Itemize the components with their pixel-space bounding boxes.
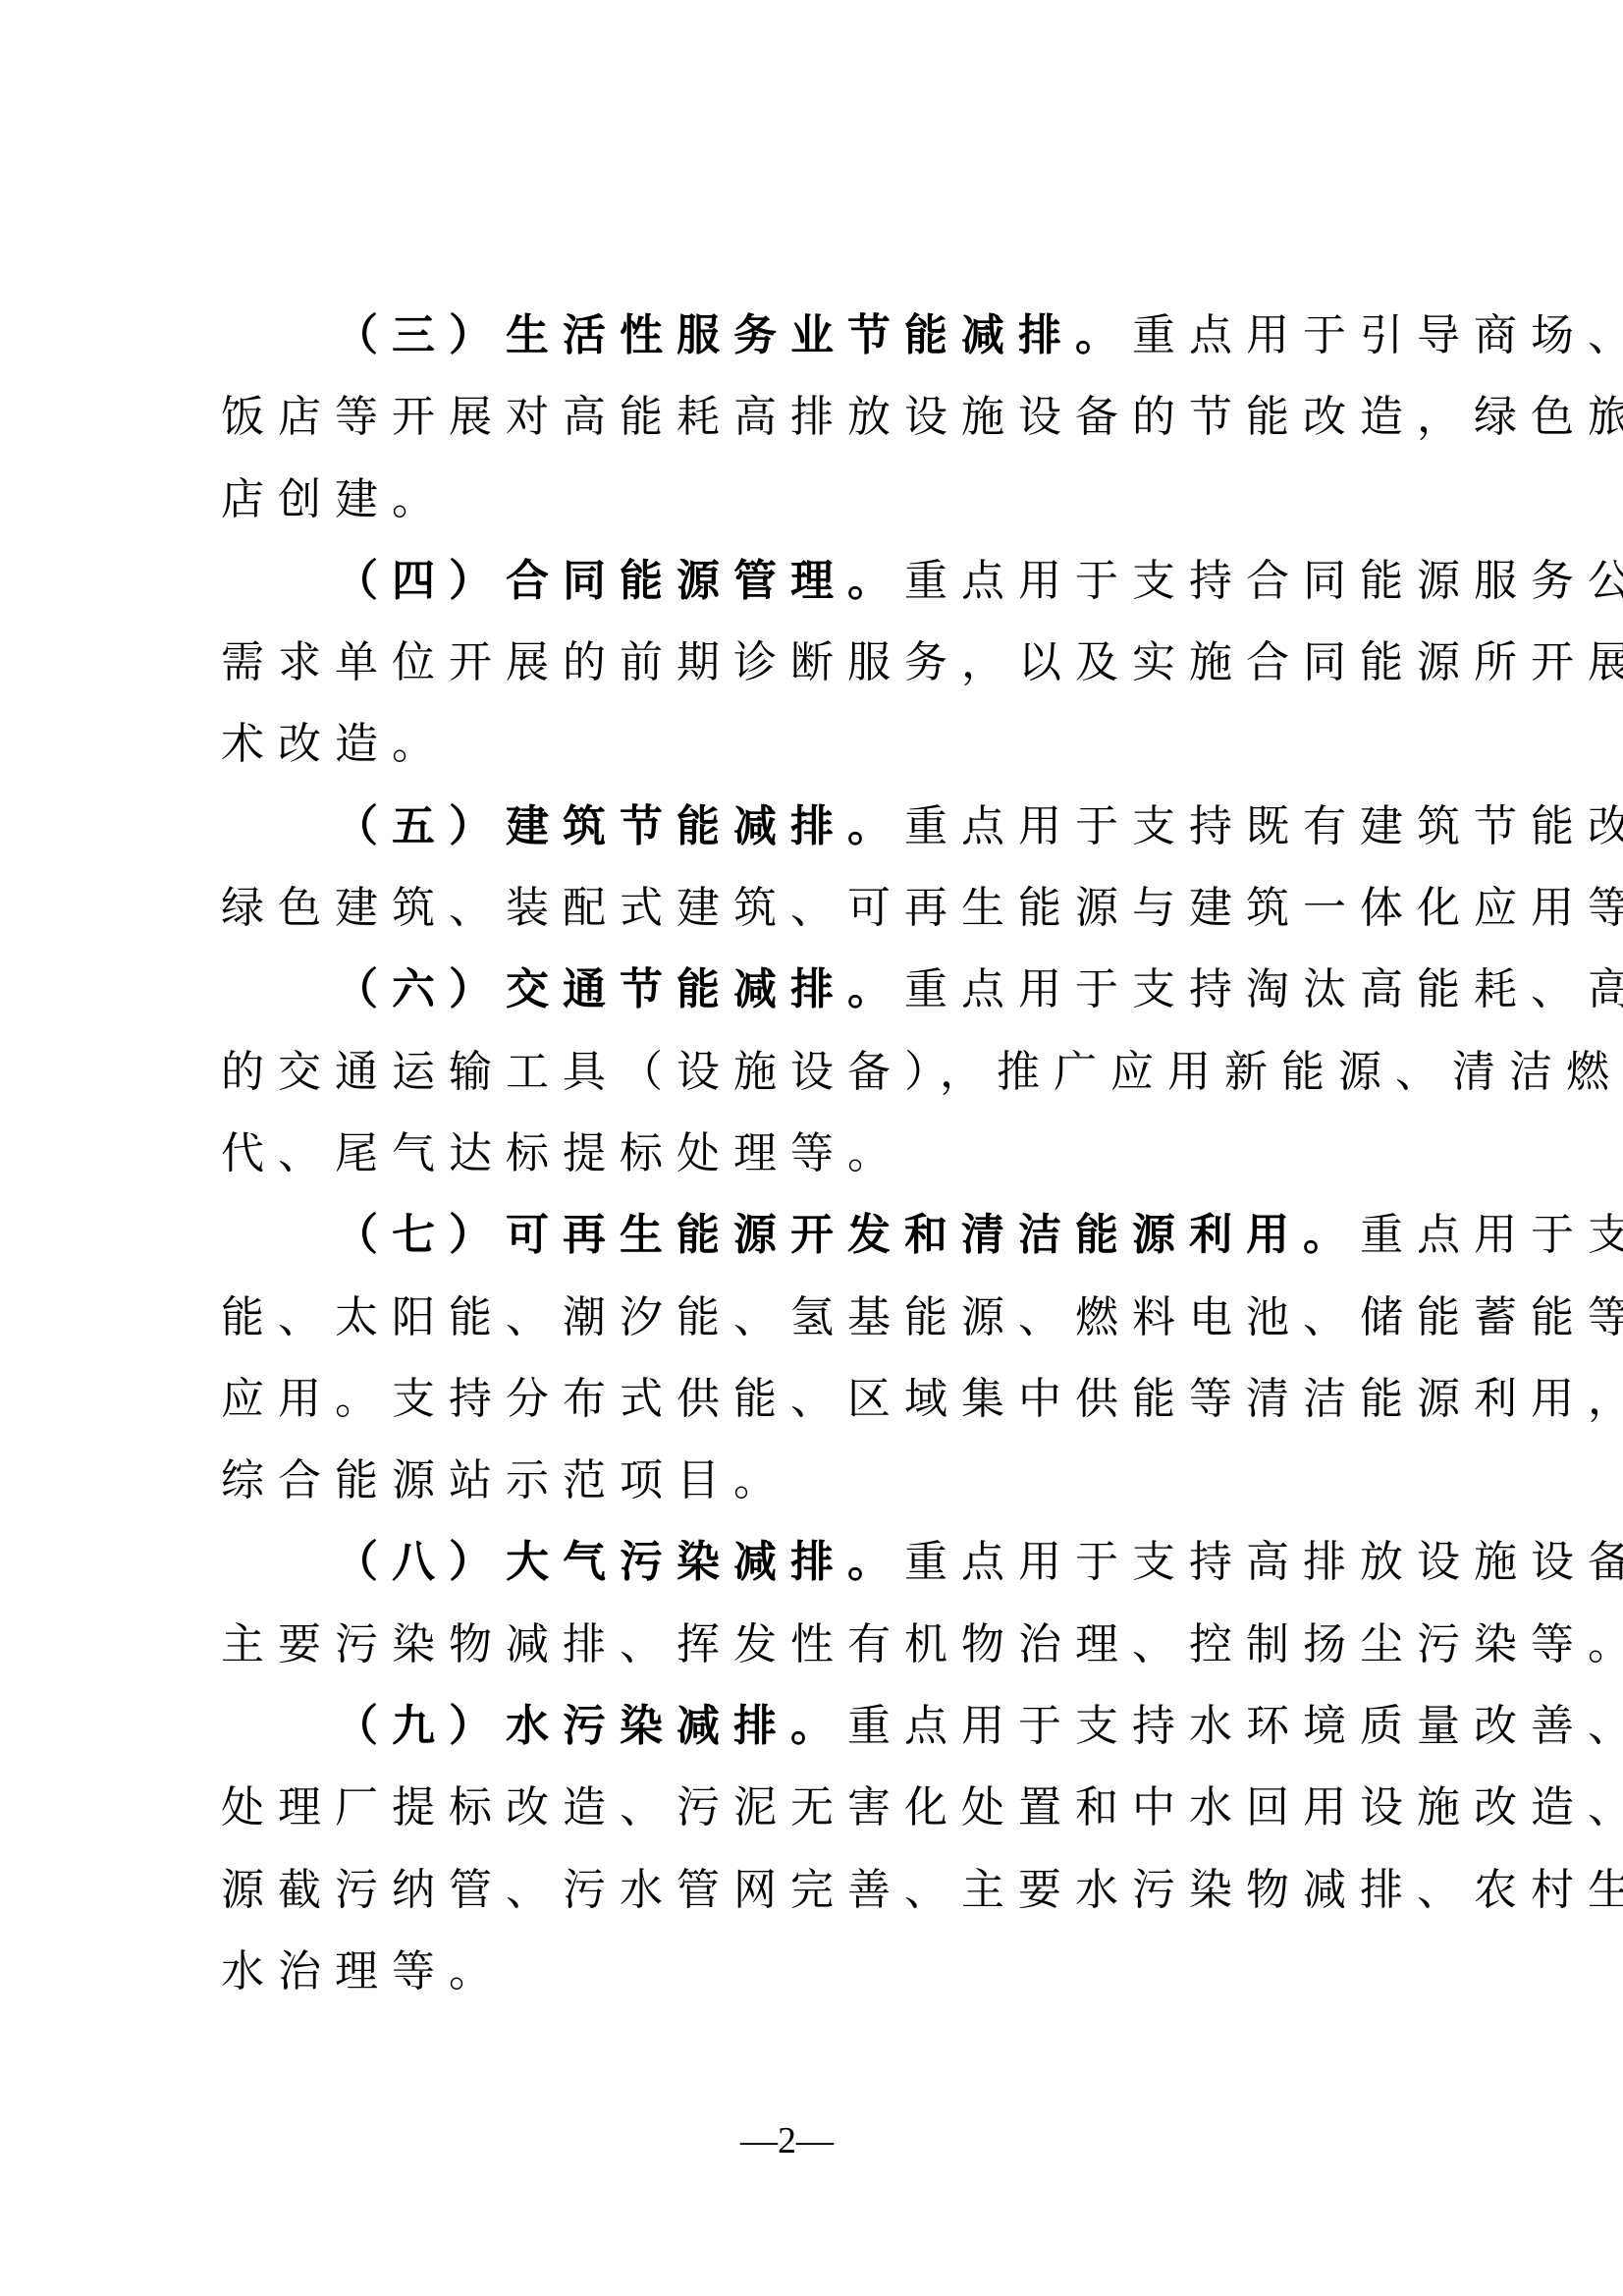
section-heading: （七）可再生能源开发和清洁能源利用。 — [335, 1210, 1360, 1260]
paragraph-line: 水治理等。 — [221, 1931, 1438, 2012]
section-air-pollution: （八）大气污染减排。重点用于支持高排放设施设备改造、 主要污染物减排、挥发性有机… — [221, 1521, 1438, 1685]
paragraph-line: 术改造。 — [221, 703, 1438, 785]
paragraph-line: 饭店等开展对高能耗高排放设施设备的节能改造，绿色旅游饭 — [221, 376, 1438, 458]
paragraph-text: 重点用于支持高排放设施设备改造、 — [904, 1537, 1623, 1587]
paragraph-line: 代、尾气达标提标处理等。 — [221, 1113, 1438, 1194]
paragraph-line: （五）建筑节能减排。重点用于支持既有建筑节能改造、 — [221, 786, 1438, 867]
section-heading: （六）交通节能减排。 — [335, 964, 904, 1014]
section-transport-energy: （六）交通节能减排。重点用于支持淘汰高能耗、高排放 的交通运输工具（设施设备），… — [221, 949, 1438, 1194]
document-page: （三）生活性服务业节能减排。重点用于引导商场、宾馆、 饭店等开展对高能耗高排放设… — [0, 0, 1623, 2296]
paragraph-line: （三）生活性服务业节能减排。重点用于引导商场、宾馆、 — [221, 295, 1438, 376]
paragraph-line: （七）可再生能源开发和清洁能源利用。重点用于支持风 — [221, 1194, 1438, 1276]
paragraph-line: （六）交通节能减排。重点用于支持淘汰高能耗、高排放 — [221, 949, 1438, 1030]
section-heading: （五）建筑节能减排。 — [335, 801, 904, 851]
paragraph-line: 处理厂提标改造、污泥无害化处置和中水回用设施改造、污染 — [221, 1767, 1438, 1848]
paragraph-line: 源截污纳管、污水管网完善、主要水污染物减排、农村生活污 — [221, 1849, 1438, 1931]
paragraph-line: （四）合同能源管理。重点用于支持合同能源服务公司为 — [221, 540, 1438, 622]
paragraph-text: 重点用于支持水环境质量改善、污水 — [847, 1701, 1623, 1751]
section-heading: （三）生活性服务业节能减排。 — [335, 310, 1132, 360]
paragraph-line: 需求单位开展的前期诊断服务，以及实施合同能源所开展的技 — [221, 622, 1438, 703]
body-text: （三）生活性服务业节能减排。重点用于引导商场、宾馆、 饭店等开展对高能耗高排放设… — [221, 295, 1438, 2012]
paragraph-line: 主要污染物减排、挥发性有机物治理、控制扬尘污染等。 — [221, 1604, 1438, 1685]
section-service-industry: （三）生活性服务业节能减排。重点用于引导商场、宾馆、 饭店等开展对高能耗高排放设… — [221, 295, 1438, 540]
section-renewable-energy: （七）可再生能源开发和清洁能源利用。重点用于支持风 能、太阳能、潮汐能、氢基能源… — [221, 1194, 1438, 1521]
section-heading: （四）合同能源管理。 — [335, 556, 904, 606]
paragraph-line: 的交通运输工具（设施设备），推广应用新能源、清洁燃料替 — [221, 1031, 1438, 1113]
paragraph-line: （九）水污染减排。重点用于支持水环境质量改善、污水 — [221, 1685, 1438, 1767]
paragraph-line: （八）大气污染减排。重点用于支持高排放设施设备改造、 — [221, 1521, 1438, 1603]
section-heading: （八）大气污染减排。 — [335, 1537, 904, 1587]
page-number: —2— — [0, 2117, 1574, 2164]
paragraph-line: 店创建。 — [221, 459, 1438, 540]
paragraph-line: 绿色建筑、装配式建筑、可再生能源与建筑一体化应用等。 — [221, 867, 1438, 949]
paragraph-text: 重点用于支持风 — [1360, 1210, 1623, 1260]
section-water-pollution: （九）水污染减排。重点用于支持水环境质量改善、污水 处理厂提标改造、污泥无害化处… — [221, 1685, 1438, 2012]
section-heading: （九）水污染减排。 — [335, 1701, 847, 1751]
paragraph-text: 重点用于支持合同能源服务公司为 — [904, 556, 1623, 606]
paragraph-line: 能、太阳能、潮汐能、氢基能源、燃料电池、储能蓄能等开发 — [221, 1277, 1438, 1358]
paragraph-text: 重点用于引导商场、宾馆、 — [1132, 310, 1623, 360]
paragraph-line: 综合能源站示范项目。 — [221, 1440, 1438, 1521]
paragraph-line: 应用。支持分布式供能、区域集中供能等清洁能源利用，以及 — [221, 1358, 1438, 1440]
section-contract-energy-management: （四）合同能源管理。重点用于支持合同能源服务公司为 需求单位开展的前期诊断服务，… — [221, 540, 1438, 786]
section-building-energy: （五）建筑节能减排。重点用于支持既有建筑节能改造、 绿色建筑、装配式建筑、可再生… — [221, 786, 1438, 950]
paragraph-text: 重点用于支持既有建筑节能改造、 — [904, 801, 1623, 851]
paragraph-text: 重点用于支持淘汰高能耗、高排放 — [904, 964, 1623, 1014]
